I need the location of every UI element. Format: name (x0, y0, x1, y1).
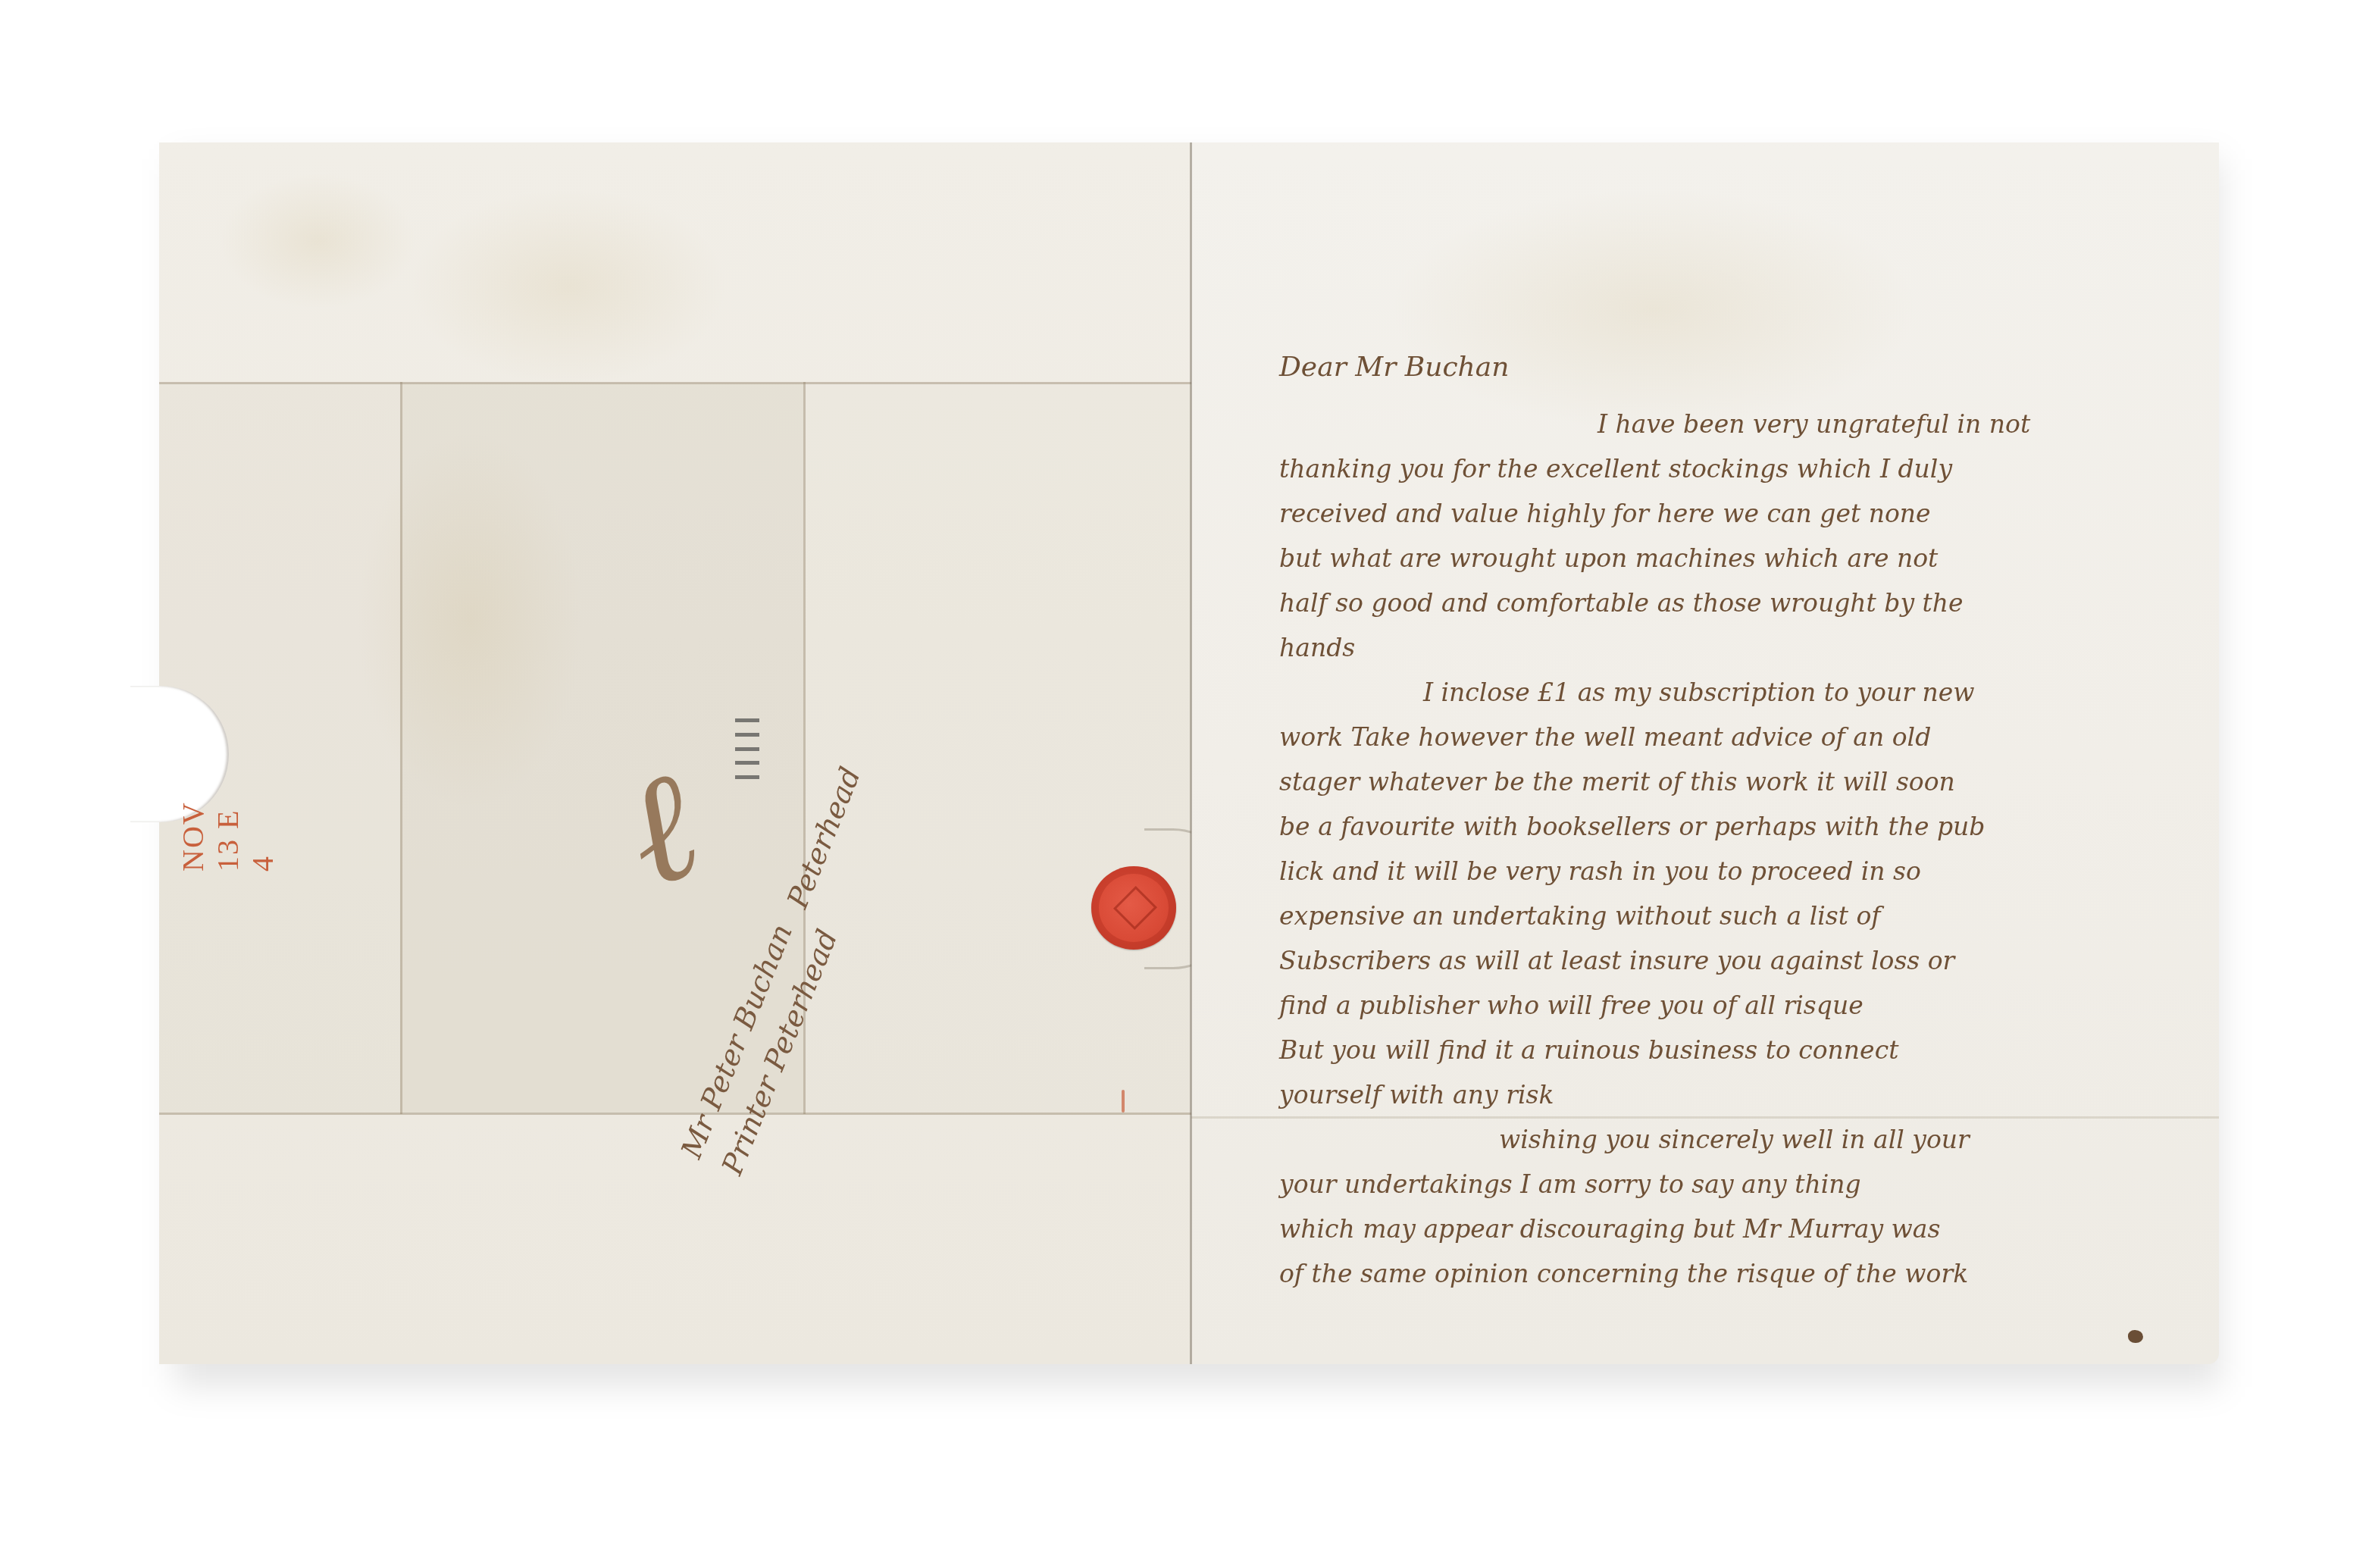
postmark: NOV 13 E 4 (178, 801, 278, 872)
red-wax-seal (1091, 866, 1176, 950)
letter-line: thanking you for the excellent stockings… (1279, 446, 2189, 491)
letter-line: Subscribers as will at least insure you … (1279, 938, 2189, 983)
seal-flap (803, 383, 1191, 1113)
letter-line: yourself with any risk (1279, 1072, 2189, 1117)
postmark-year: 4 (248, 801, 278, 872)
letter-line: I inclose £1 as my subscription to your … (1279, 670, 2189, 715)
letter-line: lick and it will be very rash in you to … (1279, 849, 2189, 894)
letter-line: work Take however the well meant advice … (1279, 715, 2189, 759)
letter-line: find a publisher who will free you of al… (1279, 983, 2189, 1028)
postmark-month: NOV (178, 801, 208, 872)
letter-line: but what are wrought upon machines which… (1279, 536, 2189, 581)
fold-line-horizontal (159, 382, 1191, 384)
water-stain (356, 430, 584, 809)
red-ink-mark (1122, 1090, 1125, 1113)
letter-line: received and value highly for here we ca… (1279, 491, 2189, 536)
salutation: Dear Mr Buchan (1279, 333, 2189, 402)
address-leaf: ℓ Mr Peter Buchan Printer Peterhead Pete… (159, 142, 1191, 1364)
fold-line-horizontal (159, 1113, 1191, 1115)
letter-line: of the same opinion concerning the risqu… (1279, 1251, 2189, 1296)
letter-line: But you will find it a ruinous business … (1279, 1028, 2189, 1072)
letter-line: which may appear discouraging but Mr Mur… (1279, 1207, 2189, 1251)
letter-line: half so good and comfortable as those wr… (1279, 581, 2189, 625)
letter-line: wishing you sincerely well in all your (1279, 1117, 2189, 1162)
letter-line: expensive an undertaking without such a … (1279, 894, 2189, 938)
letter-line: stager whatever be the merit of this wor… (1279, 759, 2189, 804)
water-stain (220, 173, 417, 309)
fold-line-vertical (400, 382, 402, 1114)
letter-line: I have been very ungrateful in not (1279, 402, 2189, 446)
letter-line: hands (1279, 625, 2189, 670)
letter-line: be a favourite with booksellers or perha… (1279, 804, 2189, 849)
black-receiving-stamp (735, 718, 765, 779)
water-stain (409, 188, 728, 385)
ink-blot (2128, 1330, 2143, 1343)
postmark-day: 13 E (213, 801, 243, 872)
letter-line: your undertakings I am sorry to say any … (1279, 1162, 2189, 1207)
letter-body: Dear Mr Buchan I have been very ungratef… (1279, 333, 2189, 1296)
centre-fold (1190, 142, 1192, 1364)
